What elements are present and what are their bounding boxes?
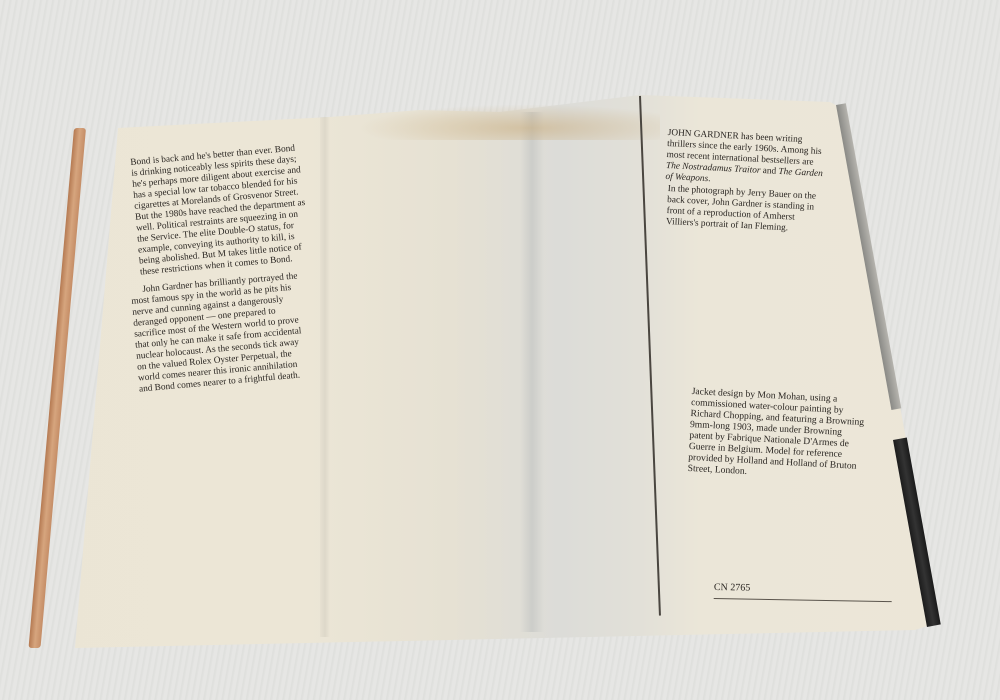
photo-credit: In the photograph by Jerry Bauer on the … [666, 184, 828, 239]
spine-crease [520, 112, 544, 632]
catalog-block: CN 2765 [714, 582, 892, 602]
dust-jacket: Bond is back and he's better than ever. … [0, 0, 1000, 700]
conjunction: and [760, 166, 779, 177]
front-flap-blurb-2: John Gardner has brilliantly portrayed t… [130, 271, 311, 399]
blurb-paragraph-1: Bond is back and he's better than ever. … [130, 143, 312, 279]
jacket-credits: Jacket design by Mon Mohan, using a comm… [687, 386, 868, 486]
catalog-number: CN 2765 [714, 582, 892, 596]
front-flap-blurb: Bond is back and he's better than ever. … [130, 143, 312, 282]
author-bio-paragraph: JOHN GARDNER has been writing thrillers … [665, 128, 828, 191]
photo-scene: Bond is back and he's better than ever. … [0, 0, 1000, 700]
blurb-paragraph-2: John Gardner has brilliantly portrayed t… [130, 271, 311, 396]
jacket-left-edge [29, 128, 86, 648]
top-edge-wear [330, 100, 660, 140]
period: . [708, 174, 711, 184]
photo-credit-paragraph: In the photograph by Jerry Bauer on the … [666, 184, 828, 236]
jacket-credits-paragraph: Jacket design by Mon Mohan, using a comm… [687, 386, 867, 483]
front-flap-fold [320, 117, 330, 637]
